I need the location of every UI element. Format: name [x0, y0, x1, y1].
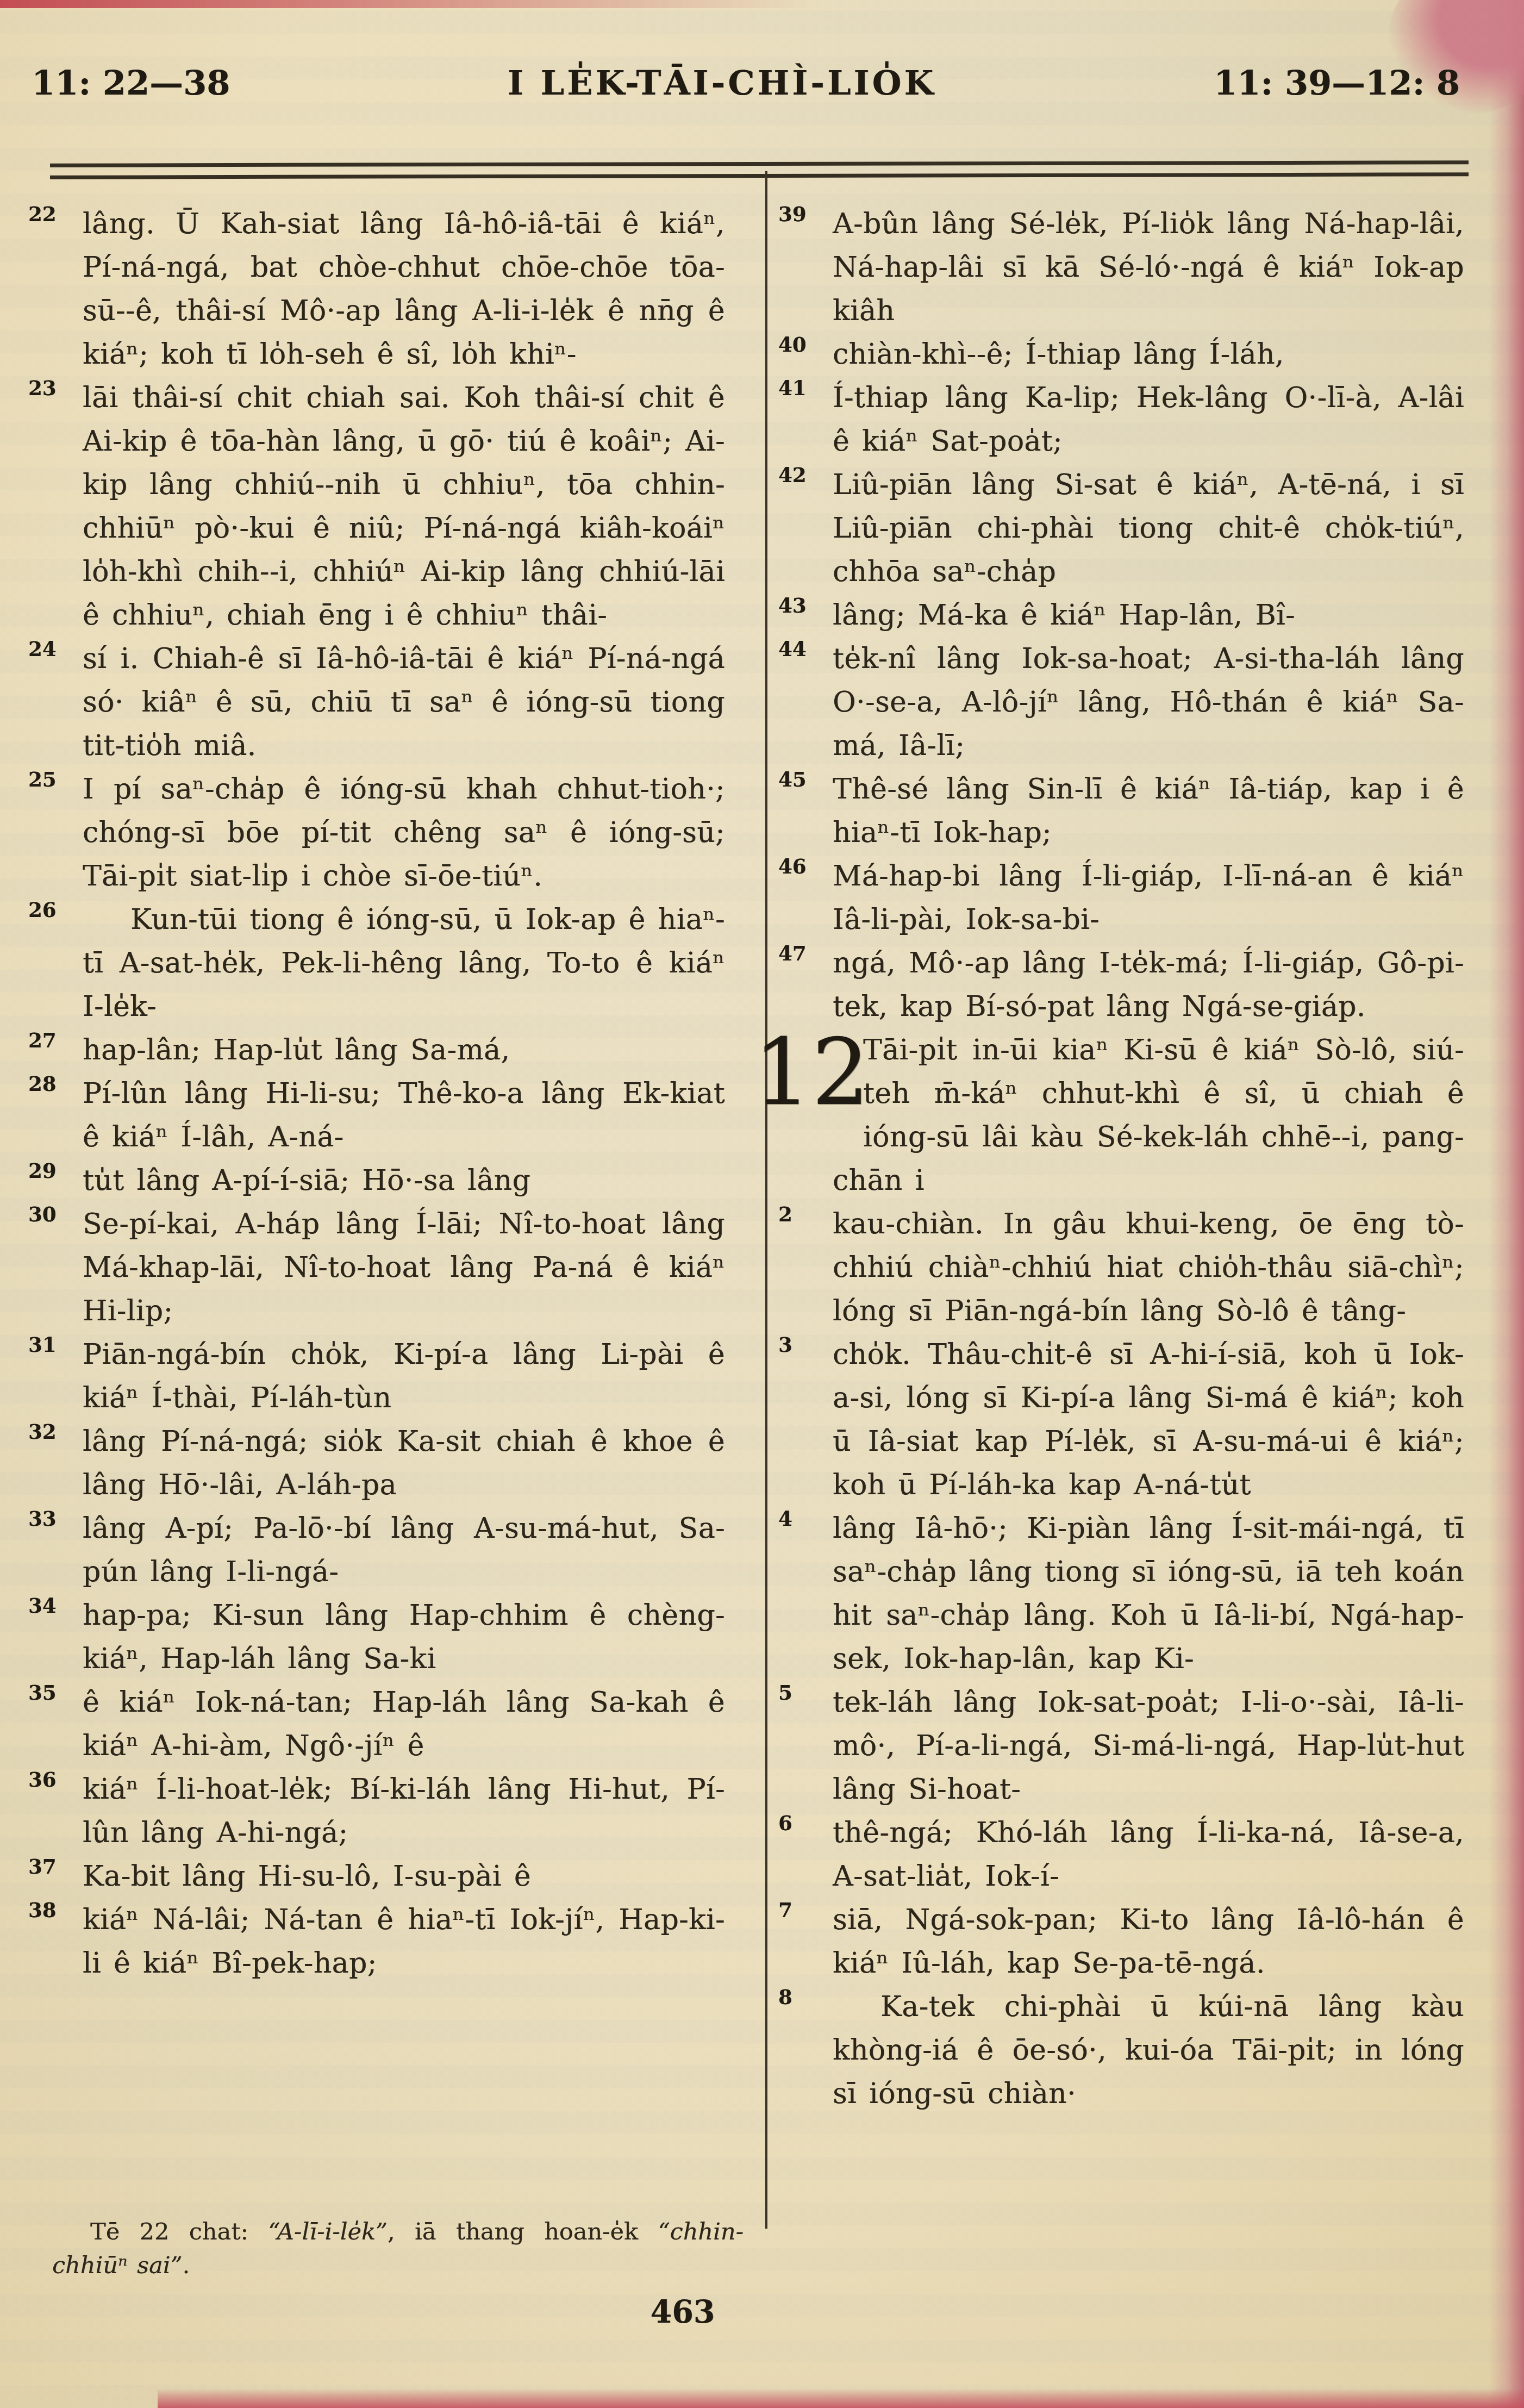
verse: 36kiáⁿ Í-li-hoat-le̍k; Bí-ki-láh lâng Hi… [83, 1768, 725, 1855]
verse: 32lâng Pí-ná-ngá; sio̍k Ka-sit chiah ê k… [83, 1420, 725, 1507]
verse: 24sí i. Chiah-ê sī Iâ-hô-iâ-tāi ê kiáⁿ P… [83, 637, 725, 768]
verse-number: 28 [28, 1074, 57, 1094]
verse: 25I pí saⁿ-cha̍p ê ióng-sū khah chhut-ti… [83, 768, 725, 898]
verse-number: 30 [28, 1205, 57, 1225]
page-edge-tint-top [0, 0, 815, 8]
footnote-text: Tē 22 chat: “A-lī-i-le̍k”, iā thang hoan… [52, 2215, 744, 2282]
verse-number: 41 [778, 378, 807, 398]
verse: 33lâng A-pí; Pa-lō·-bí lâng A-su-má-hut,… [83, 1507, 725, 1594]
verse-number: 45 [778, 770, 807, 790]
verse-number: 23 [28, 378, 57, 398]
book-title: I LE̍K-TĀI-CHÌ-LIO̍K [508, 63, 936, 103]
verse-number: 35 [28, 1683, 57, 1703]
page-edge-tint-right [1489, 0, 1524, 2408]
verse-number: 27 [28, 1031, 57, 1051]
verse: 34hap-pa; Ki-sun lâng Hap-chhim ê chèng-… [83, 1594, 725, 1681]
verse: 26Kun-tūi tiong ê ióng-sū, ū Iok-ap ê hi… [83, 898, 725, 1028]
verse-number: 31 [28, 1335, 57, 1355]
verse: 2kau-chiàn. In gâu khui-keng, ōe ēng tò-… [833, 1202, 1464, 1333]
verse: 28Pí-lûn lâng Hi-li-su; Thê-ko-a lâng Ek… [83, 1072, 725, 1159]
footnote-segment: . [182, 2252, 190, 2279]
verse-number: 2 [778, 1205, 792, 1225]
verse: 47ngá, Mô·-ap lâng I-te̍k-má; Í-li-giáp,… [833, 941, 1464, 1028]
verse: 30Se-pí-kai, A-háp lâng Í-lāi; Nî-to-hoa… [83, 1202, 725, 1333]
verse-number: 46 [778, 857, 807, 877]
verse: 27hap-lân; Hap-lu̍t lâng Sa-má, [83, 1028, 725, 1072]
verse: 45Thê-sé lâng Sin-lī ê kiáⁿ Iâ-tiáp, kap… [833, 768, 1464, 854]
verse: 8Ka-tek chi-phài ū kúi-nā lâng kàu khòng… [833, 1985, 1464, 2116]
verse-number: 38 [28, 1900, 57, 1920]
verse: 31Piān-ngá-bín cho̍k, Ki-pí-a lâng Li-pà… [83, 1333, 725, 1420]
verse-number: 43 [778, 596, 807, 616]
verse: 4lâng Iâ-hō·; Ki-piàn lâng Í-sit-mái-ngá… [833, 1507, 1464, 1681]
verse-number: 5 [778, 1683, 792, 1703]
verse-number: 37 [28, 1857, 57, 1877]
verse: 41Í-thiap lâng Ka-lip; Hek-lâng O·-lī-à,… [833, 376, 1464, 463]
footnote-segment: , iā thang hoan-e̍k [388, 2218, 658, 2245]
verse-number: 33 [28, 1509, 57, 1529]
verse: 5tek-láh lâng Iok-sat-poa̍t; I-li-o·-sài… [833, 1681, 1464, 1811]
verse-number: 29 [28, 1161, 57, 1181]
verse-number: 24 [28, 639, 57, 659]
verse-number: 40 [778, 335, 807, 355]
verse: 39A-bûn lâng Sé-le̍k, Pí-lio̍k lâng Ná-h… [833, 202, 1464, 333]
verse-number: 42 [778, 465, 807, 485]
right-column: 39A-bûn lâng Sé-le̍k, Pí-lio̍k lâng Ná-h… [833, 202, 1464, 2116]
verse: 7siā, Ngá-sok-pan; Ki-to lâng Iâ-lô-hán … [833, 1898, 1464, 1985]
verse-range-left: 11: 22—38 [32, 63, 230, 103]
double-rule [50, 160, 1469, 179]
verse: 38kiáⁿ Ná-lâi; Ná-tan ê hiaⁿ-tī Iok-jíⁿ,… [83, 1898, 725, 1985]
verse-range-right: 11: 39—12: 8 [1214, 63, 1460, 103]
verse: 35ê kiáⁿ Iok-ná-tan; Hap-láh lâng Sa-kah… [83, 1681, 725, 1768]
verse-number: 39 [778, 204, 807, 224]
verse: 23lāi thâi-sí chit chiah sai. Koh thâi-s… [83, 376, 725, 637]
verse: 42Liû-piān lâng Si-sat ê kiáⁿ, A-tē-ná, … [833, 463, 1464, 594]
left-column: 22lâng. Ū Kah-siat lâng Iâ-hô-iâ-tāi ê k… [83, 202, 725, 1985]
verse: 46Má-hap-bi lâng Í-li-giáp, I-lī-ná-an ê… [833, 854, 1464, 941]
verse: 22lâng. Ū Kah-siat lâng Iâ-hô-iâ-tāi ê k… [83, 202, 725, 376]
verse-number: 6 [778, 1813, 792, 1833]
footnote-segment: Tē 22 chat: [90, 2218, 268, 2245]
verse-number: 36 [28, 1770, 57, 1790]
verse-number: 26 [28, 900, 57, 920]
running-head: 11: 22—38 I LE̍K-TĀI-CHÌ-LIO̍K 11: 39—12… [32, 63, 1460, 103]
verse-number: 8 [778, 1987, 792, 2007]
verse-number: 3 [778, 1335, 792, 1355]
verse: 12Tāi-pi̍t in-ūi kiaⁿ Ki-sū ê kiáⁿ Sò-lô… [833, 1028, 1464, 1202]
verse: 43lâng; Má-ka ê kiáⁿ Hap-lân, Bî- [833, 594, 1464, 637]
verse: 40chiàn-khì--ê; Í-thiap lâng Í-láh, [833, 333, 1464, 376]
verse-number: 34 [28, 1596, 57, 1616]
verse-number: 44 [778, 639, 807, 659]
chapter-number: 12 [753, 1032, 855, 1118]
verse: 6thê-ngá; Khó-láh lâng Í-li-ka-ná, Iâ-se… [833, 1811, 1464, 1898]
verse-number: 4 [778, 1509, 792, 1529]
verse: 44te̍k-nî lâng Iok-sa-hoat; A-si-tha-láh… [833, 637, 1464, 768]
verse-number: 7 [778, 1900, 792, 1920]
verse-number: 32 [28, 1422, 57, 1442]
verse-number: 22 [28, 204, 57, 224]
verse-number: 47 [778, 944, 807, 964]
column-divider [765, 171, 767, 2229]
page-number: 463 [629, 2294, 736, 2330]
book-page: 11: 22—38 I LE̍K-TĀI-CHÌ-LIO̍K 11: 39—12… [0, 0, 1524, 2408]
verse-number: 25 [28, 770, 57, 790]
page-edge-tint-bottom [158, 2388, 1524, 2408]
verse: 3cho̍k. Thâu-chi̍t-ê sī A-hi-í-siā, koh … [833, 1333, 1464, 1507]
verse: 29tu̍t lâng A-pí-í-siā; Hō·-sa lâng [83, 1159, 725, 1202]
footnote-quoted-term: “A-lī-i-le̍k” [268, 2218, 388, 2245]
verse: 37Ka-bit lâng Hi-su-lô, I-su-pài ê [83, 1855, 725, 1898]
